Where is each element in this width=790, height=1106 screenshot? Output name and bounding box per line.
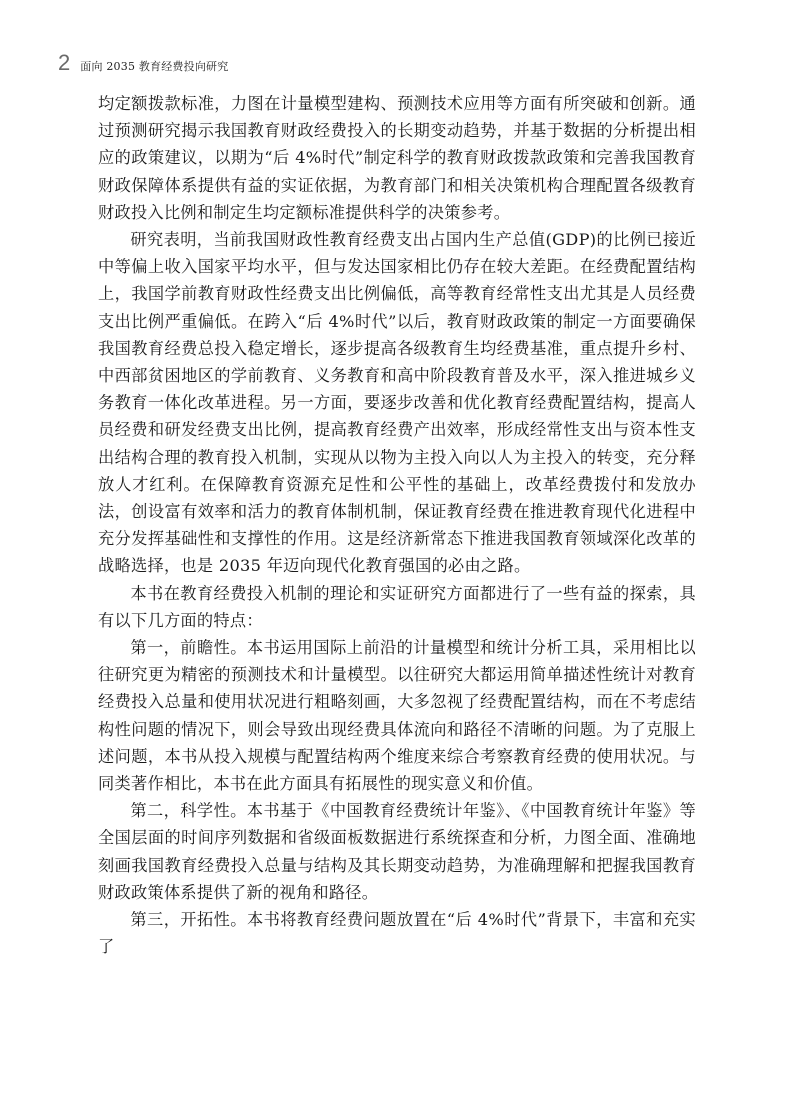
- paragraph-book-features-intro: 本书在教育经费投入机制的理论和实证研究方面都进行了一些有益的探索，具有以下几方面…: [98, 580, 696, 634]
- page-number: 2: [58, 52, 70, 74]
- paragraph-research-findings: 研究表明，当前我国财政性教育经费支出占国内生产总值(GDP)的比例已接近中等偏上…: [98, 226, 696, 580]
- paragraph-continuation: 均定额拨款标准，力图在计量模型建构、预测技术应用等方面有所突破和创新。通过预测研…: [98, 90, 696, 226]
- paragraph-feature-scientific: 第二，科学性。本书基于《中国教育经费统计年鉴》、《中国教育统计年鉴》等全国层面的…: [98, 797, 696, 906]
- body-text: 均定额拨款标准，力图在计量模型建构、预测技术应用等方面有所突破和创新。通过预测研…: [98, 90, 696, 961]
- running-header: 2 面向 2035 教育经费投向研究: [58, 52, 228, 74]
- paragraph-feature-forward-looking: 第一，前瞻性。本书运用国际上前沿的计量模型和统计分析工具，采用相比以往研究更为精…: [98, 634, 696, 797]
- book-title: 面向 2035 教育经费投向研究: [80, 58, 228, 74]
- paragraph-feature-pioneering: 第三，开拓性。本书将教育经费问题放置在“后 4%时代”背景下，丰富和充实了: [98, 906, 696, 960]
